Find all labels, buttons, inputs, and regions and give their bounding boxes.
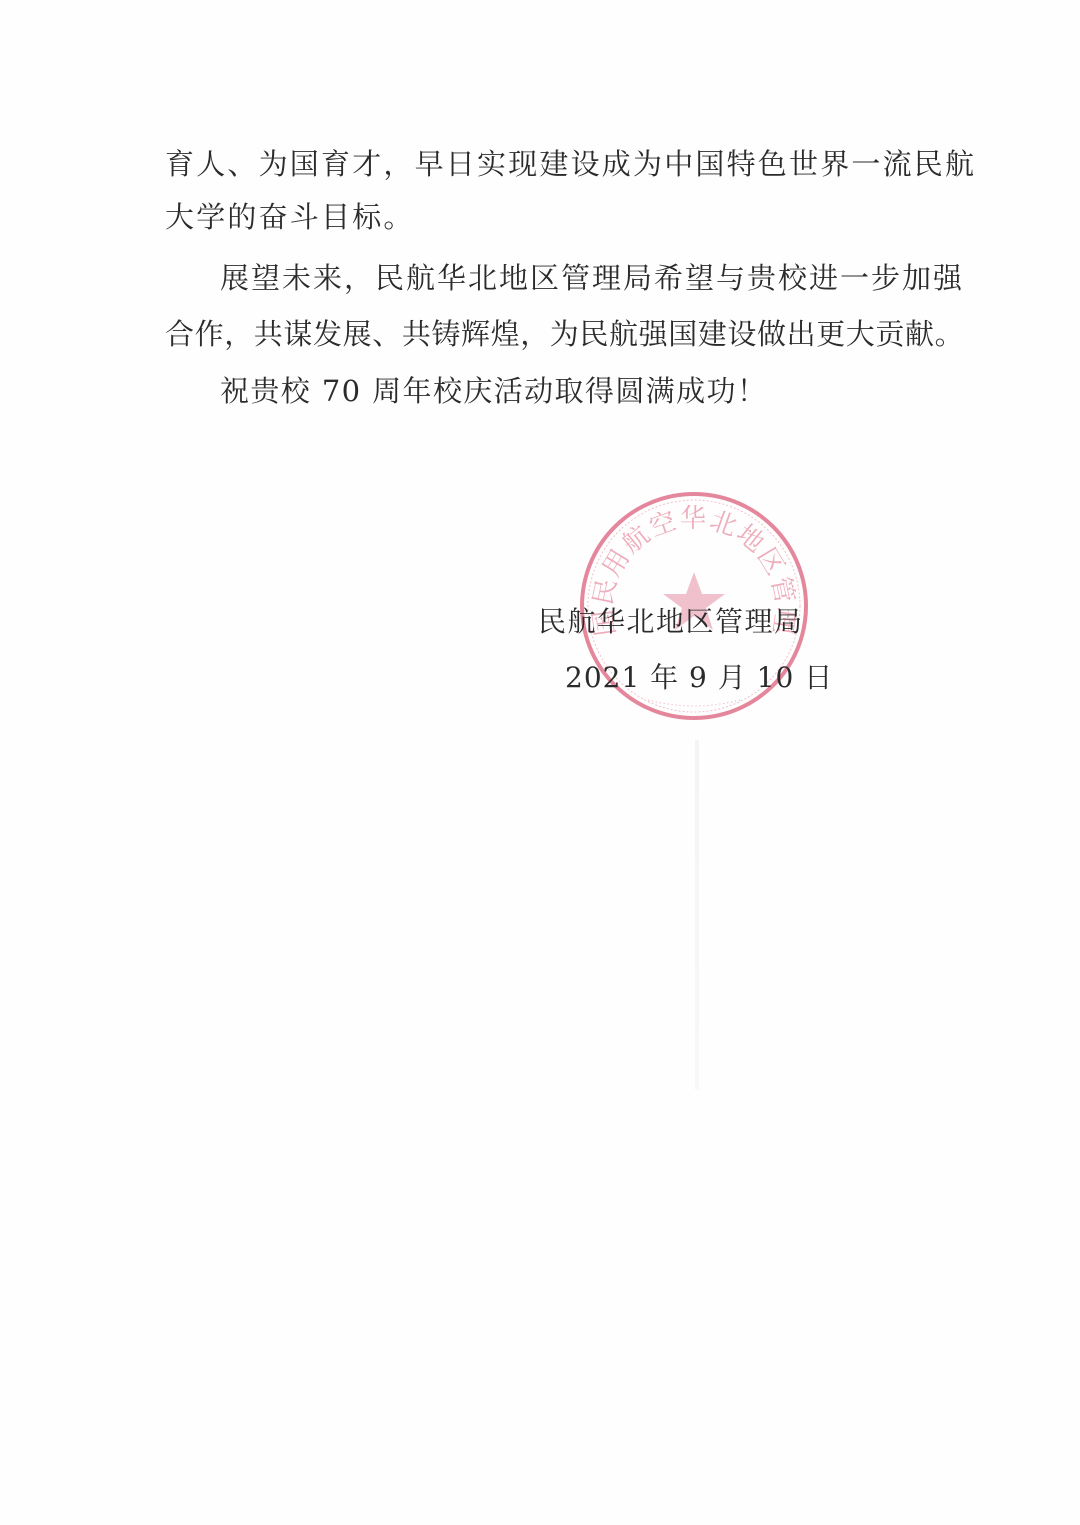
fold-mark xyxy=(695,740,699,1090)
signature-organization: 民航华北地区管理局 xyxy=(538,605,804,639)
closing-wishes: 祝贵校 70 周年校庆活动取得圆满成功！ xyxy=(220,373,767,409)
body-line: 大学的奋斗目标。 xyxy=(165,199,415,235)
body-line: 合作，共谋发展、共铸辉煌，为民航强国建设做出更大贡献。 xyxy=(165,316,964,352)
body-line: 育人、为国育才，早日实现建设成为中国特色世界一流民航 xyxy=(165,146,976,182)
signature-date: 2021 年 9 月 10 日 xyxy=(565,661,833,695)
body-paragraph-start: 展望未来，民航华北地区管理局希望与贵校进一步加强 xyxy=(220,260,964,296)
document-page: 育人、为国育才，早日实现建设成为中国特色世界一流民航 大学的奋斗目标。 展望未来… xyxy=(0,0,1080,1525)
